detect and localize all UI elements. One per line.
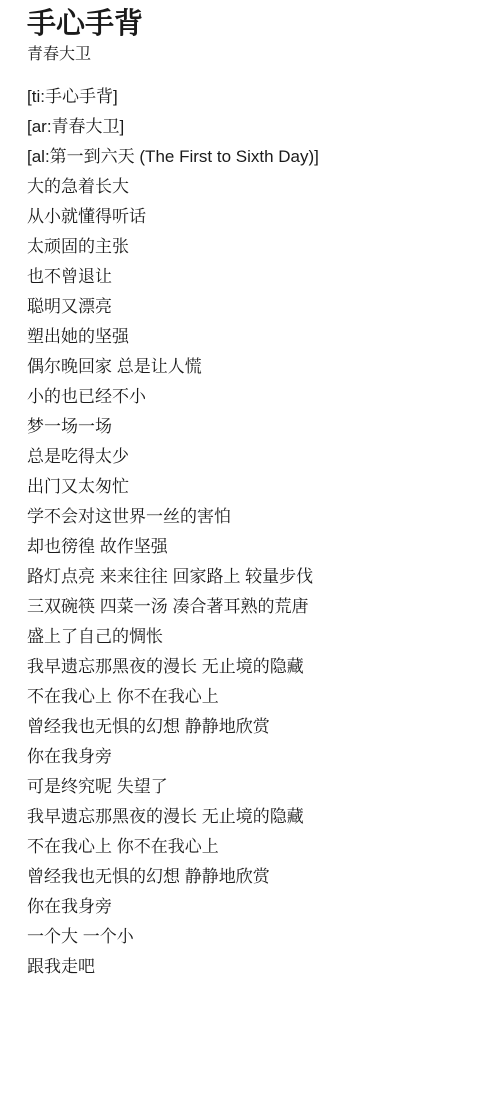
lyric-line: 从小就懂得听话 [27, 202, 484, 232]
lyric-line: 一个大 一个小 [27, 922, 484, 952]
lyric-line: 大的急着长大 [27, 172, 484, 202]
artist-name: 青春大卫 [27, 44, 484, 65]
lyric-line: [al:第一到六天 (The First to Sixth Day)] [27, 142, 484, 172]
lyric-line: 跟我走吧 [27, 952, 484, 982]
lyric-line: 你在我身旁 [27, 742, 484, 772]
lyric-line: 也不曾退让 [27, 262, 484, 292]
lyric-line: [ti:手心手背] [27, 82, 484, 112]
lyric-line: 我早遗忘那黑夜的漫长 无止境的隐藏 [27, 802, 484, 832]
lyric-line: 可是终究呢 失望了 [27, 772, 484, 802]
lyric-line: 出门又太匆忙 [27, 472, 484, 502]
lyric-line: 太顽固的主张 [27, 232, 484, 262]
lyric-line: 塑出她的坚强 [27, 322, 484, 352]
lyric-line: 梦一场一场 [27, 412, 484, 442]
lyrics-page: 手心手背 青春大卫 [ti:手心手背][ar:青春大卫][al:第一到六天 (T… [0, 0, 500, 1120]
lyric-line: 路灯点亮 来来往往 回家路上 较量步伐 [27, 562, 484, 592]
lyric-line: 小的也已经不小 [27, 382, 484, 412]
lyric-line: 三双碗筷 四菜一汤 凑合著耳熟的荒唐 [27, 592, 484, 622]
lyric-line: 不在我心上 你不在我心上 [27, 832, 484, 862]
lyric-line: 总是吃得太少 [27, 442, 484, 472]
lyric-line: 曾经我也无惧的幻想 静静地欣赏 [27, 712, 484, 742]
lyric-line: 学不会对这世界一丝的害怕 [27, 502, 484, 532]
lyric-line: 不在我心上 你不在我心上 [27, 682, 484, 712]
lyric-line: 却也徬徨 故作坚强 [27, 532, 484, 562]
lyric-line: 我早遗忘那黑夜的漫长 无止境的隐藏 [27, 652, 484, 682]
lyrics-block: [ti:手心手背][ar:青春大卫][al:第一到六天 (The First t… [27, 82, 484, 982]
lyric-line: 你在我身旁 [27, 892, 484, 922]
content: 手心手背 青春大卫 [ti:手心手背][ar:青春大卫][al:第一到六天 (T… [0, 0, 500, 982]
lyric-line: 聪明又漂亮 [27, 292, 484, 322]
lyric-line: 偶尔晚回家 总是让人慌 [27, 352, 484, 382]
lyric-line: 曾经我也无惧的幻想 静静地欣赏 [27, 862, 484, 892]
lyric-line: [ar:青春大卫] [27, 112, 484, 142]
song-title: 手心手背 [27, 6, 484, 42]
lyric-line: 盛上了自己的惆怅 [27, 622, 484, 652]
